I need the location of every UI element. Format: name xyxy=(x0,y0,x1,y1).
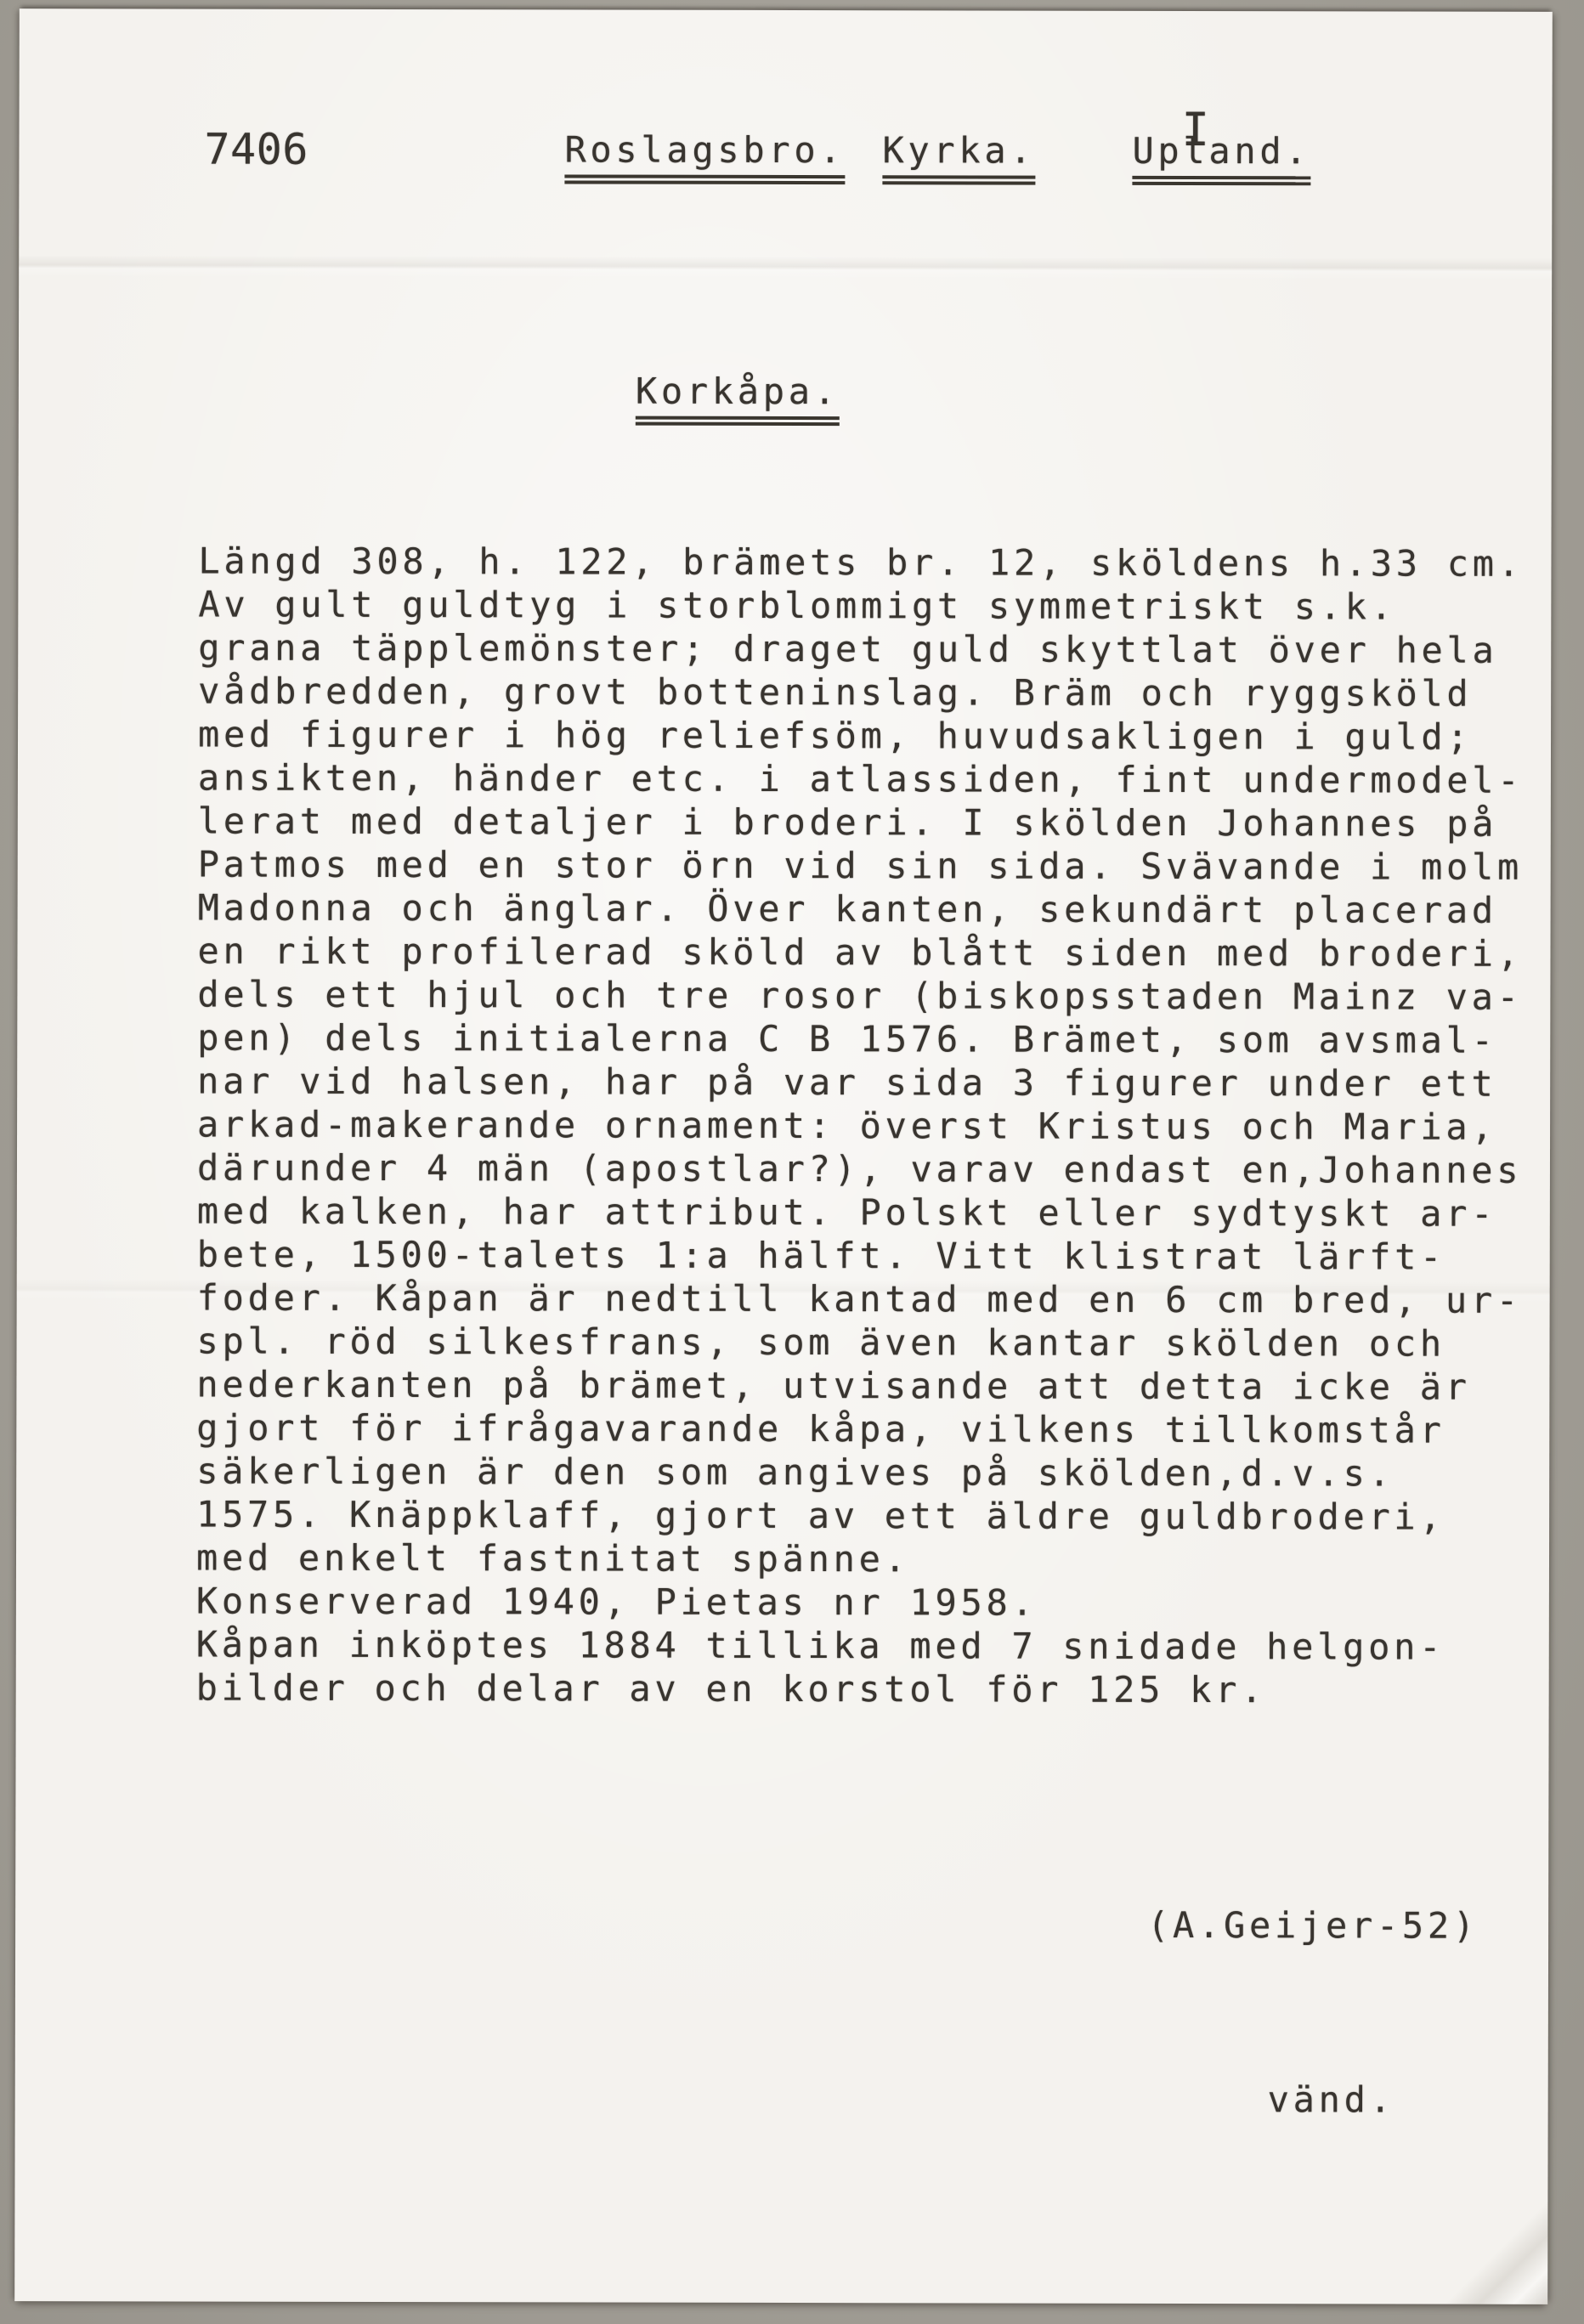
document-header: Roslagsbro. Kyrka. Upland. xyxy=(20,8,1553,12)
turn-page-note: vänd. xyxy=(1268,2078,1395,2120)
header-word-roslagsbro: Roslagsbro. xyxy=(564,128,845,184)
paper-crease-top xyxy=(19,255,1552,280)
header-word-upland: Upland. xyxy=(1132,130,1310,185)
paper-corner-fold xyxy=(1420,2202,1547,2304)
attribution-note: (A.Geijer-52) xyxy=(1147,1904,1479,1947)
paper-sheet: 7406 Roslagsbro. Kyrka. Upland. I Korkåp… xyxy=(14,8,1553,2304)
scan-background: 7406 Roslagsbro. Kyrka. Upland. I Korkåp… xyxy=(0,0,1584,2324)
page-marker: I xyxy=(1181,103,1213,156)
inventory-number: 7406 xyxy=(204,125,308,174)
header-word-kyrka: Kyrka. xyxy=(882,129,1035,184)
section-title: Korkåpa. xyxy=(636,370,840,427)
description-body-text: Längd 308, h. 122, brämets br. 12, sköld… xyxy=(196,540,1524,1712)
